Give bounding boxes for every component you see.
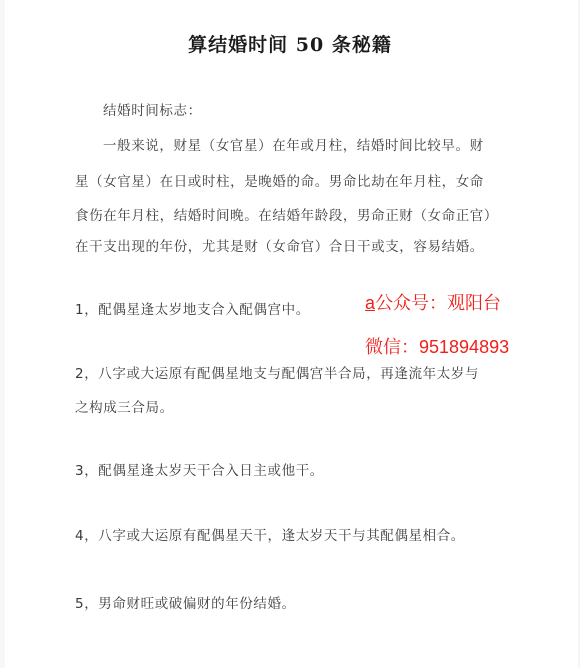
list-item-text: 八字或大运原有配偶星天干，逢太岁天干与其配偶星相合。 [98, 528, 465, 544]
list-item-number: 1， [75, 302, 98, 318]
section-heading: 结婚时间标志： [103, 99, 202, 119]
list-item-2: 2，八字或大运原有配偶星地支与配偶宫半合局，再逢流年太岁与 [75, 362, 479, 382]
document-title: 算结婚时间 50 条秘籍 [0, 30, 580, 57]
list-item-4: 4，八字或大运原有配偶星天干，逢太岁天干与其配偶星相合。 [75, 524, 465, 544]
watermark-wechat-id: 951894893 [419, 337, 509, 357]
list-item-text: 八字或大运原有配偶星地支与配偶宫半合局，再逢流年太岁与 [98, 366, 479, 382]
watermark-official-account: a公众号：观阳台 [365, 289, 501, 315]
watermark-account-name: 观阳台 [447, 293, 501, 313]
list-item-text: 男命财旺或破偏财的年份结婚。 [98, 596, 295, 612]
watermark-wechat: 微信：951894893 [365, 333, 509, 359]
list-item-text: 配偶星逢太岁天干合入日主或他干。 [98, 463, 324, 479]
list-item-text: 配偶星逢太岁地支合入配偶宫中。 [98, 302, 310, 318]
list-item-5: 5，男命财旺或破偏财的年份结婚。 [75, 592, 296, 612]
list-item-1: 1，配偶星逢太岁地支合入配偶宫中。 [75, 298, 310, 318]
intro-line-2: 星（女官星）在日或时柱，是晚婚的命。男命比劫在年月柱，女命 [75, 170, 484, 190]
list-item-number: 4， [75, 528, 98, 544]
watermark-account-label: 公众号： [375, 293, 447, 313]
list-item-3: 3，配偶星逢太岁天干合入日主或他干。 [75, 459, 324, 479]
watermark-prefix: a [365, 293, 375, 313]
list-item-2-continued: 之构成三合局。 [75, 396, 174, 416]
watermark-wechat-label: 微信： [365, 337, 419, 357]
intro-line-4: 在干支出现的年份，尤其是财（女命官）合日干或支，容易结婚。 [75, 235, 484, 255]
list-item-number: 5， [75, 596, 98, 612]
intro-line-3: 食伤在年月柱，结婚时间晚。在结婚年龄段，男命正财（女命正官） [75, 204, 498, 224]
list-item-number: 3， [75, 463, 98, 479]
list-item-number: 2， [75, 366, 98, 382]
intro-line-1: 一般来说，财星（女官星）在年或月柱，结婚时间比较早。财 [103, 134, 484, 154]
